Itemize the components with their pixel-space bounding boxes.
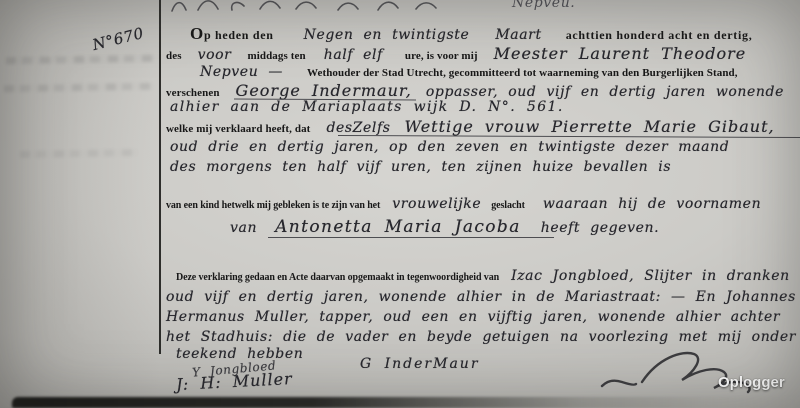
printed-ure-is-voor-mij: ure, is voor mij [405,50,478,62]
act-line-child-names: van Antonetta Maria Jacoba heeft gegeven… [230,217,659,237]
cutoff-handwriting-strokes [168,0,468,12]
handwritten-vrouwelijke: vrouwelijke [392,196,481,212]
printed-deze-verklaring: Deze verklaring gedaan en Acte daarvan o… [176,272,499,283]
act-line-witness1-details: oud vijf en dertig jaren, wonende alhier… [166,289,796,305]
handwritten-father-details: oppasser, oud vijf en dertig jaren wonen… [426,84,784,100]
handwritten-waaraan-voornamen: waaraan hij de voornamen [543,196,761,212]
handwritten-day: Negen en twintigste [304,27,470,43]
handwritten-hour: half elf [324,47,383,63]
act-line-teekend-hebben: teekend hebben [176,346,303,362]
act-line-closing: het Stadhuis: die de vader en beyde getu… [166,329,796,345]
act-line-date: Op heden den Negen en twintigste Maart a… [190,24,752,44]
underline-child-name [268,237,554,238]
printed-middags-ten: middags ten [247,50,305,62]
scanned-birth-act: Nepveu. N°670 Op heden den Negen en twin… [0,0,800,408]
handwritten-child-name: Antonetta Maria Jacoba [275,217,521,237]
act-line-witness2-details: Hermanus Muller, tapper, oud een en vijf… [166,309,780,325]
printed-wethouder-clause: Wethouder der Stad Utrecht, gecommitteer… [307,67,738,79]
printed-verschenen: verschenen [166,87,220,99]
act-line-child-gender: van een kind hetwelk mij gebleken is te … [166,195,761,213]
handwritten-witness1-name: Izac Jongbloed, Slijter in dranken [511,268,790,284]
handwritten-registrar-name: Meester Laurent Theodore [494,44,747,63]
printed-van-een-kind: van een kind hetwelk mij gebleken is te … [166,200,380,211]
act-line-mother-age-date: oud drie en dertig jaren, op den zeven e… [170,139,729,155]
act-line-time-registrar: des voor middags ten half elf ure, is vo… [166,44,746,64]
handwritten-nepveu: Nepveu — [200,64,283,80]
oplogger-watermark: Oplogger [718,374,785,391]
act-line-witnesses-intro: Deze verklaring gedaan en Acte daarvan o… [176,267,790,285]
act-line-mother: welke mij verklaard heeft, dat desZelfs … [166,117,775,137]
printed-welke-mij-verklaard: welke mij verklaard heeft, dat [166,123,310,135]
act-line-registrar-title: Nepveu — Wethouder der Stad Utrecht, gec… [200,63,738,81]
previous-act-signature: Nepveu. [512,0,575,11]
scan-bottom-edge [12,397,800,408]
printed-op-heden-den: Op heden den [190,24,274,44]
handwritten-father-name: George Indermaur, [236,81,412,100]
handwritten-van: van [230,220,257,236]
printed-year: achttien honderd acht en dertig, [566,28,753,42]
handwritten-month: Maart [495,27,541,43]
signature-father: G InderMaur [360,356,480,372]
handwritten-deszelfs: desZelfs [326,120,390,136]
printed-geslacht: geslacht [491,200,525,211]
handwritten-voor: voor [198,47,232,63]
act-line-address: alhier aan de Mariaplaats wijk D. N°. 56… [170,99,564,115]
printed-des: des [166,50,182,62]
margin-rule-line [159,0,161,354]
handwritten-mother-name: Wettige vrouw Pierrette Marie Gibaut, [405,117,775,136]
act-line-birth-time: des morgens ten half vijf uren, ten zijn… [170,159,671,175]
handwritten-heeft-gegeven: heeft gegeven. [541,220,659,236]
